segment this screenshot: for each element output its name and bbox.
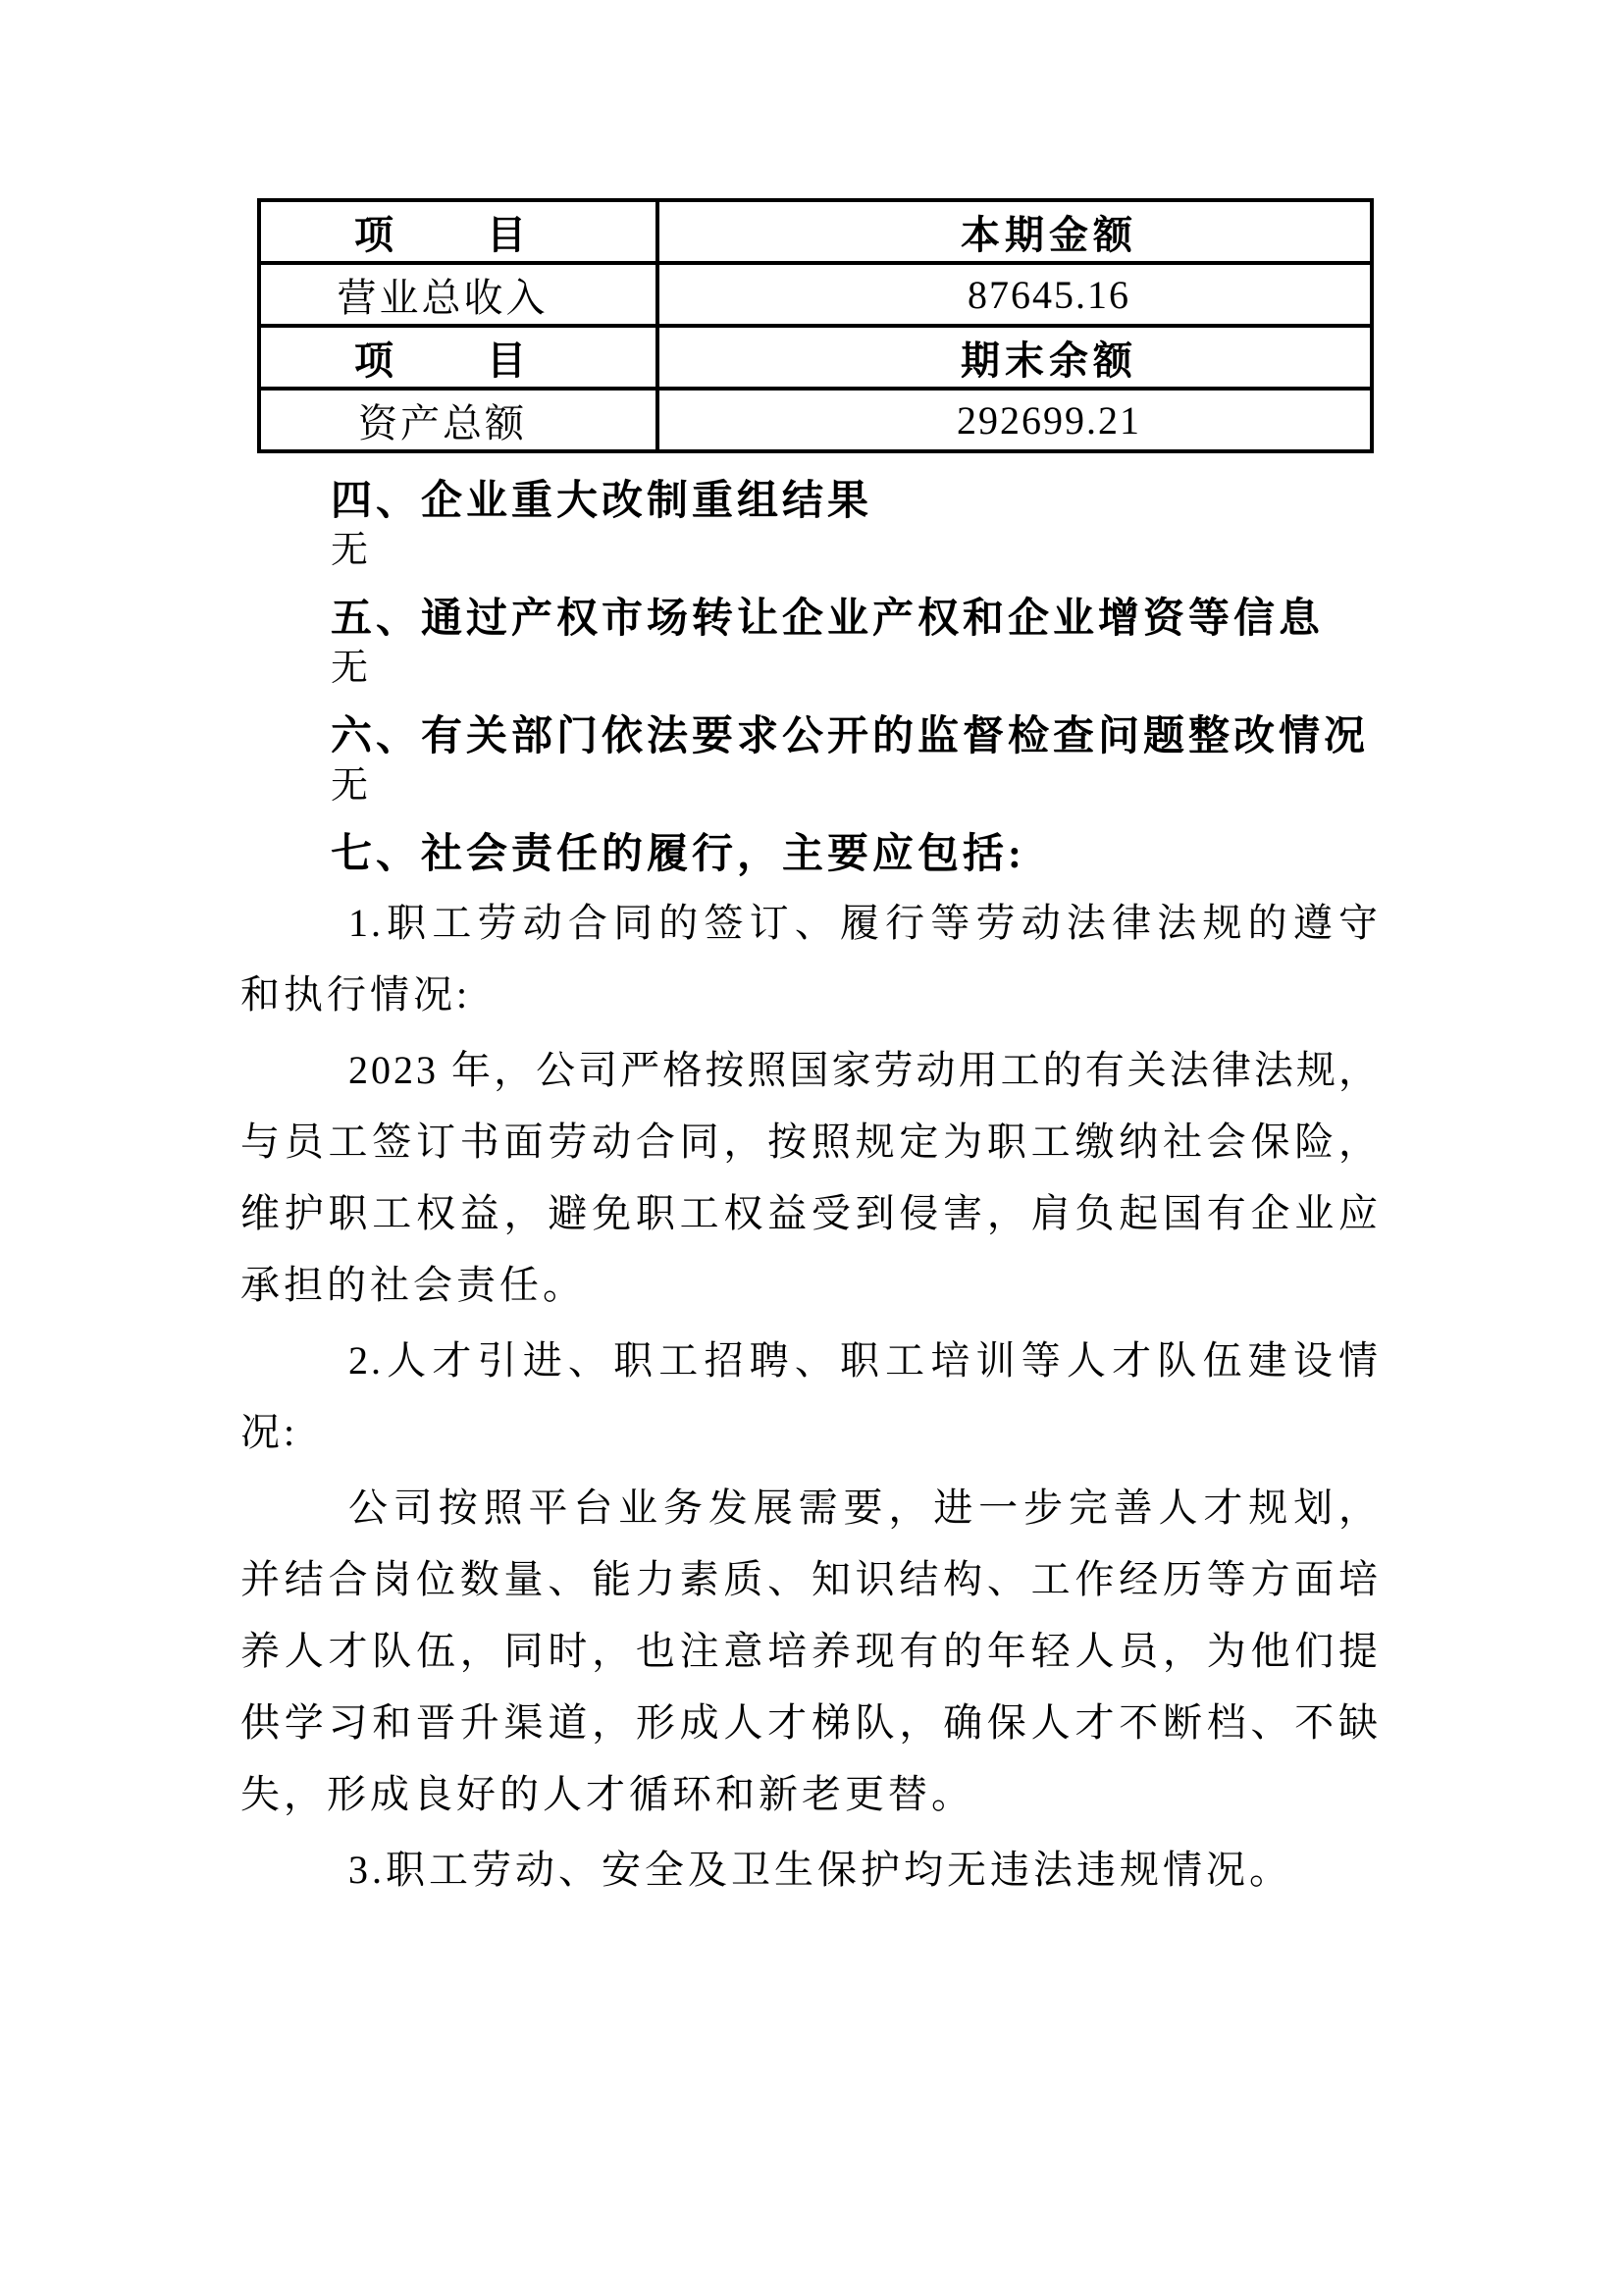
body-line: 2.人才引进、职工招聘、职工培训等人才队伍建设情 bbox=[240, 1325, 1381, 1396]
document-page: 项 目 本期金额 营业总收入 87645.16 项 目 期末余额 资产总额 29… bbox=[0, 0, 1624, 2295]
table-cell-total-assets-value: 292699.21 bbox=[657, 389, 1372, 451]
body-line: 和执行情况: bbox=[240, 959, 1381, 1030]
table-header-row-2: 项 目 期末余额 bbox=[259, 326, 1372, 389]
section-5-content-none: 无 bbox=[240, 644, 1381, 693]
body-line: 与员工签订书面劳动合同，按照规定为职工缴纳社会保险， bbox=[240, 1106, 1381, 1177]
body-line: 承担的社会责任。 bbox=[240, 1249, 1381, 1321]
table-row-total-revenue: 营业总收入 87645.16 bbox=[259, 263, 1372, 326]
body-line: 养人才队伍，同时，也注意培养现有的年轻人员，为他们提 bbox=[240, 1615, 1381, 1687]
table-header-ending-balance: 期末余额 bbox=[657, 326, 1372, 389]
table-row-total-assets: 资产总额 292699.21 bbox=[259, 389, 1372, 451]
body-line: 供学习和晋升渠道，形成人才梯队，确保人才不断档、不缺 bbox=[240, 1687, 1381, 1758]
body-line: 2023 年，公司严格按照国家劳动用工的有关法律法规， bbox=[240, 1034, 1381, 1106]
section-6-content-none: 无 bbox=[240, 761, 1381, 810]
table-header-row: 项 目 本期金额 bbox=[259, 200, 1372, 263]
table-header-item-label-2: 项 目 bbox=[259, 326, 657, 389]
table-header-item-label: 项 目 bbox=[259, 200, 657, 263]
section-heading-4: 四、企业重大改制重组结果 bbox=[240, 477, 1381, 526]
body-line: 公司按照平台业务发展需要，进一步完善人才规划， bbox=[240, 1472, 1381, 1543]
body-line: 并结合岗位数量、能力素质、知识结构、工作经历等方面培 bbox=[240, 1543, 1381, 1615]
section-heading-6: 六、有关部门依法要求公开的监督检查问题整改情况 bbox=[240, 712, 1381, 761]
table-cell-total-assets-label: 资产总额 bbox=[259, 389, 657, 451]
body-line: 失，形成良好的人才循环和新老更替。 bbox=[240, 1758, 1381, 1830]
table-cell-total-revenue-label: 营业总收入 bbox=[259, 263, 657, 326]
section-heading-5: 五、通过产权市场转让企业产权和企业增资等信息 bbox=[240, 595, 1381, 644]
section-4-content-none: 无 bbox=[240, 526, 1381, 575]
table-header-current-amount: 本期金额 bbox=[657, 200, 1372, 263]
table-cell-total-revenue-value: 87645.16 bbox=[657, 263, 1372, 326]
body-line: 3.职工劳动、安全及卫生保护均无违法违规情况。 bbox=[240, 1834, 1381, 1905]
body-line: 况: bbox=[240, 1396, 1381, 1468]
body-line: 维护职工权益，避免职工权益受到侵害，肩负起国有企业应 bbox=[240, 1177, 1381, 1249]
body-line: 1.职工劳动合同的签订、履行等劳动法律法规的遵守 bbox=[240, 887, 1381, 959]
financial-summary-table: 项 目 本期金额 营业总收入 87645.16 项 目 期末余额 资产总额 29… bbox=[257, 198, 1374, 453]
document-body: 四、企业重大改制重组结果 无 五、通过产权市场转让企业产权和企业增资等信息 无 … bbox=[240, 477, 1381, 1905]
section-heading-7: 七、社会责任的履行，主要应包括: bbox=[240, 830, 1381, 879]
